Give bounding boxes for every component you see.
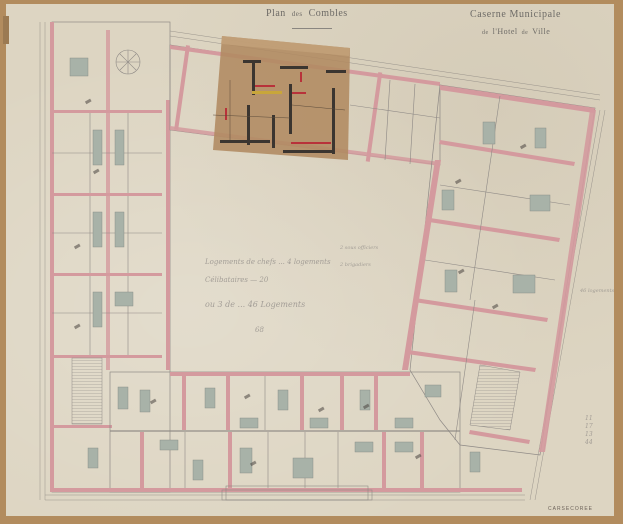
plan-title: PlandesCombles: [266, 8, 348, 19]
revision-overlay: [213, 36, 350, 160]
courtyard-note-line2: Célibataires — 20: [205, 276, 268, 284]
tally-3: 13: [585, 431, 593, 439]
stairwell-left: [72, 358, 102, 424]
tally-1: 11: [585, 415, 593, 423]
margin-tally: 11 17 13 44: [585, 415, 593, 447]
bracket-note-bottom: 2 brigadiers: [340, 262, 371, 268]
tally-4: 44: [585, 439, 593, 447]
archive-stamp: CARSECOREE: [548, 506, 593, 512]
plan-title-word1: Plan: [266, 8, 286, 19]
stairwell-right: [470, 365, 520, 430]
location-place: Ville: [532, 27, 550, 36]
courtyard-note-line1: Logements de chefs ... 4 logements: [205, 258, 331, 266]
courtyard-note-total: 68: [255, 326, 264, 334]
building-location: del'HoteldeVille: [478, 27, 550, 36]
plan-title-word3: Combles: [309, 8, 348, 19]
right-wing: [402, 85, 596, 472]
title-underline: [292, 28, 332, 29]
location-prefix: de: [482, 30, 489, 36]
bracket-note-top: 2 sous officiers: [340, 245, 378, 251]
building-name: Caserne Municipale: [470, 9, 561, 20]
courtyard-note-line3: ou 3 de ... 46 Logements: [205, 300, 305, 309]
location-name: l'Hotel: [493, 27, 518, 36]
tally-2: 17: [585, 423, 593, 431]
plan-title-word2: des: [292, 10, 303, 18]
spiral-stair-icon: [116, 50, 140, 74]
margin-note-top-right: 46 logements: [580, 288, 614, 294]
location-mid: de: [522, 30, 529, 36]
